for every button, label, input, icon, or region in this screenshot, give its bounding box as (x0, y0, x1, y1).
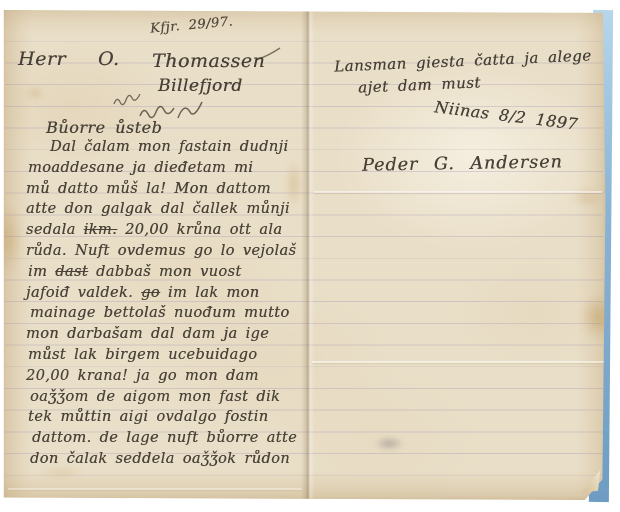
struck-word: ikm. (84, 222, 117, 238)
handwritten-line: tek můttin aigi ovdalgo fostin (14, 407, 304, 428)
struck-word: go (141, 285, 160, 301)
line-text: můst lak birgem ucebuidago (28, 347, 257, 363)
crease-line (8, 488, 302, 490)
handwritten-line: im dast dabbaš mon vuost (14, 262, 304, 283)
line-text: don čalak seddela oaǯǯok růdon (30, 451, 290, 467)
recipient-initial: O. (98, 48, 120, 70)
crease-line (314, 191, 602, 193)
handwritten-line: mon darbašam dal dam ja ige (14, 324, 304, 345)
line-text: dabbaš mon vuost (88, 264, 242, 280)
handwritten-line: mů datto můš la! Mon dattom (14, 179, 304, 200)
handwritten-line: dattom. de lage nuft bůorre atte (14, 428, 304, 449)
handwritten-line: don čalak seddela oaǯǯok růdon (14, 449, 304, 470)
recipient-salutation: Herr (18, 48, 66, 70)
handwritten-line: sedala ikm. 20,00 krůna ott ala (14, 220, 304, 241)
handwritten-line: atte don galgak dal čallek můnji (14, 199, 304, 220)
archive-note: Kfjr. 29/97. (150, 14, 234, 36)
place-date-line: Niinas 8/2 1897 (433, 97, 579, 133)
handwritten-line: Dal čalam mon fastain dudnji (14, 137, 304, 158)
line-text: sedala (26, 222, 84, 238)
line-text: 20,00 krana! ja go mon dam (26, 368, 259, 384)
signature: Peder G. Andersen (362, 152, 563, 176)
line-text: im (28, 264, 55, 280)
stain (570, 188, 604, 208)
handwritten-line: můst lak birgem ucebuidago (14, 345, 304, 366)
line-text: mů datto můš la! Mon dattom (26, 181, 271, 197)
handwritten-line: mainage bettolaš nuođum mutto (14, 303, 304, 324)
line-text: 20,00 krůna ott ala (117, 222, 282, 238)
recipient-surname: Thomassen (152, 50, 265, 72)
letter-scan: Kfjr. 29/97. Herr O. Thomassen Billefjor… (0, 0, 620, 512)
struck-word: dast (55, 264, 88, 280)
ink-smudge (374, 436, 404, 451)
crease-line (312, 361, 606, 363)
line-text: im lak mon (160, 285, 260, 301)
handwritten-line: moaddesane ja dieđetam mi (14, 158, 304, 179)
letter-greeting: Bůorre ůsteb (46, 118, 162, 137)
stain (580, 294, 618, 340)
line-text: růda. Nuft ovdemus go lo vejolaš (26, 243, 296, 259)
flourish-squiggle (112, 90, 142, 108)
letter-body: Dal čalam mon fastain dudnjimoaddesane j… (14, 137, 304, 470)
line-text: jafoiđ valdek. (26, 285, 141, 301)
line-text: moaddesane ja dieđetam mi (28, 160, 253, 176)
postscript-line: Lansman giesta čatta ja alege (334, 46, 592, 75)
letter-paper: Kfjr. 29/97. Herr O. Thomassen Billefjor… (2, 8, 606, 500)
line-text: mon darbašam dal dam ja ige (26, 326, 269, 342)
handwritten-line: oaǯǯom de aigom mon fast dik (14, 387, 304, 408)
stain (25, 86, 45, 100)
line-text: Dal čalam mon fastain dudnji (50, 139, 288, 155)
line-text: oaǯǯom de aigom mon fast dik (30, 389, 280, 405)
handwritten-line: 20,00 krana! ja go mon dam (14, 366, 304, 387)
recipient-place: Billefjord (158, 76, 243, 96)
line-text: dattom. de lage nuft bůorre atte (32, 430, 297, 446)
line-text: atte don galgak dal čallek můnji (26, 201, 290, 217)
line-text: mainage bettolaš nuođum mutto (30, 305, 290, 321)
handwritten-line: jafoiđ valdek. go im lak mon (14, 283, 304, 304)
line-text: tek můttin aigi ovdalgo fostin (28, 409, 268, 425)
handwritten-line: růda. Nuft ovdemus go lo vejolaš (14, 241, 304, 262)
postscript-line: ajet dam must (358, 73, 482, 96)
